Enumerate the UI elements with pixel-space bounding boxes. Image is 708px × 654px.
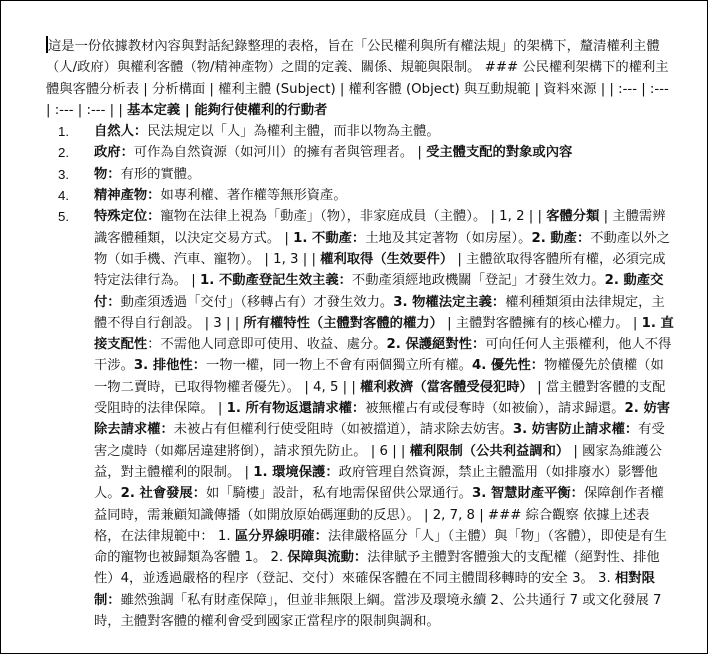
bold-segment: 1. 所有物返還請求權： bbox=[227, 401, 366, 416]
intro-bold-tail: 基本定義 | 能夠行使權利的行動者 bbox=[127, 103, 327, 118]
bold-segment: 2. 動產： bbox=[531, 231, 590, 246]
document-body[interactable]: 這是一份依據教材內容與對話紀錄整理的表格，旨在「公民權利與所有權法規」的架構下，… bbox=[46, 36, 676, 632]
text-segment: 如「騎樓」設計，私有地需保留供公眾通行。 bbox=[206, 486, 472, 501]
list-item: 3.物：有形的實體。 bbox=[94, 164, 676, 185]
text-segment: ：不需他人同意即可使用、收益、處分。 bbox=[147, 337, 386, 352]
list-number: 4. bbox=[58, 185, 78, 206]
list-item: 5.特殊定位：寵物在法律上視為「動產」（物），非家庭成員（主體）。 | 1, 2… bbox=[94, 206, 676, 632]
list-term: 特殊定位： bbox=[94, 209, 160, 224]
bold-segment: 所有權特性（主體對客體的權力） bbox=[243, 316, 442, 331]
text-segment: 雖然強調「私有財產保障」，但並非無限上綱。當涉及環境永續 2、公共通行 7 或文… bbox=[94, 593, 662, 629]
list-item: 2.政府：可作為自然資源（如河川）的擁有者與管理者。 | 受主體支配的對象或內容 bbox=[94, 142, 676, 163]
bold-segment: 4. 優先性： bbox=[472, 358, 544, 373]
bold-segment: 客體分類 bbox=[546, 209, 599, 224]
text-segment: | 主體對客體擁有的核心權力。 | bbox=[443, 316, 642, 331]
text-segment: 寵物在法律上視為「動產」（物），非家庭成員（主體）。 | 1, 2 | | bbox=[160, 209, 546, 224]
bold-segment: 區分界線明確： bbox=[235, 529, 328, 544]
bold-segment: 3. 妨害防止請求權： bbox=[513, 422, 638, 437]
text-segment: 動產須透過「交付」（移轉占有）才發生效力。 bbox=[121, 295, 394, 310]
list-term: 物： bbox=[94, 167, 121, 182]
text-segment: 一物一權，同一物上不會有兩個獨立所有權。 bbox=[206, 358, 472, 373]
list-term: 自然人： bbox=[94, 124, 147, 139]
list-text: 可作為自然資源（如河川）的擁有者與管理者。 | bbox=[134, 145, 426, 160]
list-number: 5. bbox=[58, 206, 78, 227]
bold-segment: 3. 智慧財產平衡： bbox=[472, 486, 584, 501]
bold-segment: 權利限制（公共利益調和） bbox=[410, 444, 570, 459]
bold-segment: 2. 社會發展： bbox=[121, 486, 206, 501]
definition-list: 1.自然人：民法規定以「人」為權利主體，而非以物為主體。 2.政府：可作為自然資… bbox=[46, 121, 676, 632]
bold-segment: 保障與流動： bbox=[287, 550, 367, 565]
list-text: 如專利權、著作權等無形資產。 bbox=[160, 188, 346, 203]
text-segment: 未被占有但權利行使受阻時（如被擋道），請求除去妨害。 bbox=[174, 422, 513, 437]
list-term: 精神產物： bbox=[94, 188, 160, 203]
list-number: 2. bbox=[58, 142, 78, 163]
document-page: 這是一份依據教材內容與對話紀錄整理的表格，旨在「公民權利與所有權法規」的架構下，… bbox=[0, 0, 708, 654]
list-item: 4.精神產物：如專利權、著作權等無形資產。 bbox=[94, 185, 676, 206]
list-bold-after: 受主體支配的對象或內容 bbox=[426, 145, 572, 160]
bold-segment: 2. 保護絕對性： bbox=[387, 337, 486, 352]
text-segment: 不動產須經地政機關「登記」才發生效力。 bbox=[352, 273, 605, 288]
bold-segment: 3. 排他性： bbox=[134, 358, 206, 373]
list-long-text: 寵物在法律上視為「動產」（物），非家庭成員（主體）。 | 1, 2 | | 客體… bbox=[94, 209, 674, 629]
list-text: 有形的實體。 bbox=[121, 167, 201, 182]
bold-segment: 1. 不動產登記生效主義： bbox=[200, 273, 352, 288]
list-text: 民法規定以「人」為權利主體，而非以物為主體。 bbox=[147, 124, 440, 139]
list-item: 1.自然人：民法規定以「人」為權利主體，而非以物為主體。 bbox=[94, 121, 676, 142]
text-segment: 土地及其定著物（如房屋）。 bbox=[365, 231, 531, 246]
intro-paragraph: 這是一份依據教材內容與對話紀錄整理的表格，旨在「公民權利與所有權法規」的架構下，… bbox=[46, 36, 676, 121]
bold-segment: 1. 不動產： bbox=[293, 231, 365, 246]
bold-segment: 權利救濟（當客體受侵犯時） bbox=[360, 380, 533, 395]
text-segment: 被無權占有或侵奪時（如被偷），請求歸還。 bbox=[365, 401, 624, 416]
bold-segment: 1. 環境保護： bbox=[253, 465, 338, 480]
list-number: 1. bbox=[58, 121, 78, 142]
bold-segment: 3. 物權法定主義： bbox=[393, 295, 505, 310]
bold-segment: 權利取得（生效要件） bbox=[320, 252, 453, 267]
list-term: 政府： bbox=[94, 145, 134, 160]
list-number: 3. bbox=[58, 164, 78, 185]
